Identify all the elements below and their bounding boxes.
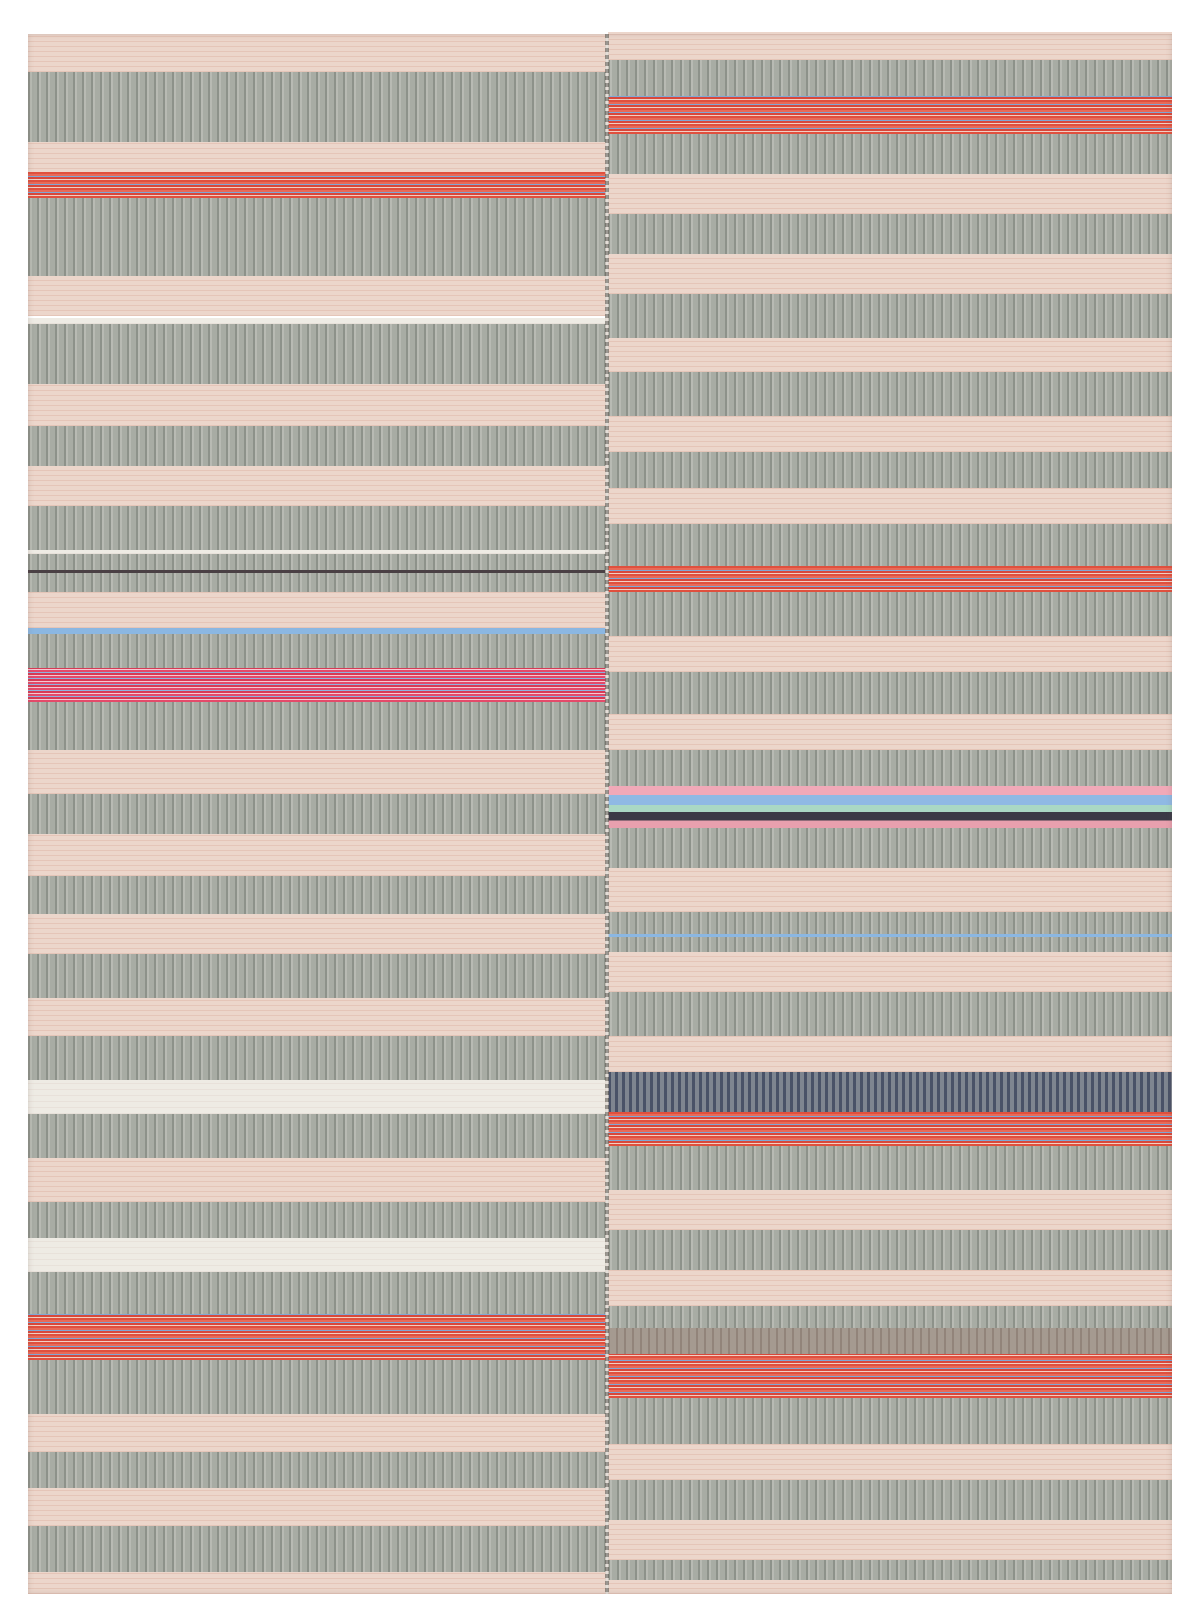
stripe-band-beige [28, 998, 606, 1036]
stripe-band-beige [608, 1036, 1172, 1072]
stripe-band-gray [608, 1480, 1172, 1520]
stripe-band-gray [608, 828, 1172, 868]
stripe-band-gray [608, 372, 1172, 416]
stripe-band-white [28, 1080, 606, 1114]
stripe-band-beige [608, 952, 1172, 992]
stripe-band-beige [608, 416, 1172, 452]
stripe-band-gray [608, 1146, 1172, 1190]
stripe-band-beige [608, 1444, 1172, 1480]
stripe-band-gray [608, 452, 1172, 488]
stripe-band-white [28, 1238, 606, 1272]
stripe-band-gray [608, 1230, 1172, 1270]
stripe-band-gray [608, 1398, 1172, 1444]
stripe-band-gray [28, 1526, 606, 1572]
rug-right-panel [608, 32, 1172, 1594]
stripe-band-beige [608, 488, 1172, 524]
stripe-band-gray [608, 912, 1172, 952]
stripe-band-gray [608, 1306, 1172, 1328]
stripe-band-gray [28, 198, 606, 276]
rug-center-seam [605, 34, 609, 1594]
stripe-band-thin-dark [28, 570, 606, 573]
stripe-band-beige [28, 914, 606, 954]
stripe-band-beige [28, 592, 606, 628]
stripe-band-gray [608, 1560, 1172, 1580]
stripe-band-gray [608, 592, 1172, 636]
stripe-band-beige [608, 714, 1172, 750]
stripe-band-multi [608, 786, 1172, 828]
stripe-band-beige [28, 384, 606, 426]
stripe-band-pink [28, 668, 606, 702]
stripe-band-thin-blue [608, 934, 1172, 937]
stripe-band-gray [608, 134, 1172, 174]
stripe-band-gray [28, 702, 606, 750]
stripe-band-red [608, 1354, 1172, 1398]
stripe-band-gray [28, 426, 606, 466]
stripe-band-beige [608, 254, 1172, 294]
stripe-band-beige [608, 1520, 1172, 1560]
stripe-band-beige [28, 1488, 606, 1526]
stripe-band-red [28, 172, 606, 198]
stripe-band-beige [608, 1270, 1172, 1306]
stripe-band-gray [608, 672, 1172, 714]
stripe-band-gray [28, 1036, 606, 1080]
stripe-band-gray [28, 1360, 606, 1414]
stripe-band-beige [608, 868, 1172, 912]
stripe-band-beige [608, 338, 1172, 372]
stripe-band-gray [28, 1272, 606, 1314]
stripe-band-gray [28, 634, 606, 668]
stripe-band-beige [608, 174, 1172, 214]
stripe-band-red [608, 1112, 1172, 1146]
stripe-band-gray [28, 1114, 606, 1158]
stripe-band-beige [28, 142, 606, 174]
stripe-band-gray [608, 214, 1172, 254]
striped-kilim-rug [28, 34, 1172, 1594]
stripe-band-brownish [608, 1328, 1172, 1354]
stripe-band-gray [28, 324, 606, 384]
stripe-band-beige [28, 1572, 606, 1594]
stripe-band-gray [28, 1452, 606, 1488]
stripe-band-beige [28, 34, 606, 72]
stripe-band-red [608, 96, 1172, 134]
stripe-band-beige [608, 636, 1172, 672]
stripe-band-beige [28, 276, 606, 316]
stripe-band-beige [28, 750, 606, 794]
stripe-band-gray [608, 60, 1172, 96]
stripe-band-beige [28, 834, 606, 876]
stripe-band-beige [28, 1414, 606, 1452]
stripe-band-beige [608, 1580, 1172, 1594]
stripe-band-gray [28, 1202, 606, 1238]
stripe-band-gray [28, 954, 606, 998]
stripe-band-gray [608, 524, 1172, 566]
stripe-band-gray [28, 72, 606, 142]
stripe-band-gray [608, 992, 1172, 1036]
stripe-band-beige [608, 1190, 1172, 1230]
stripe-band-beige [608, 32, 1172, 60]
stripe-band-gray [28, 876, 606, 914]
stripe-band-gray [28, 506, 606, 550]
stripe-band-beige [28, 466, 606, 506]
stripe-band-gray [28, 794, 606, 834]
stripe-band-beige [28, 1158, 606, 1202]
stripe-band-red [28, 1314, 606, 1360]
rug-left-panel [28, 34, 606, 1594]
stripe-band-gray [28, 554, 606, 592]
stripe-band-red [608, 566, 1172, 592]
stripe-band-gray [608, 294, 1172, 338]
stripe-band-gray [608, 750, 1172, 786]
stripe-band-navy [608, 1072, 1172, 1112]
